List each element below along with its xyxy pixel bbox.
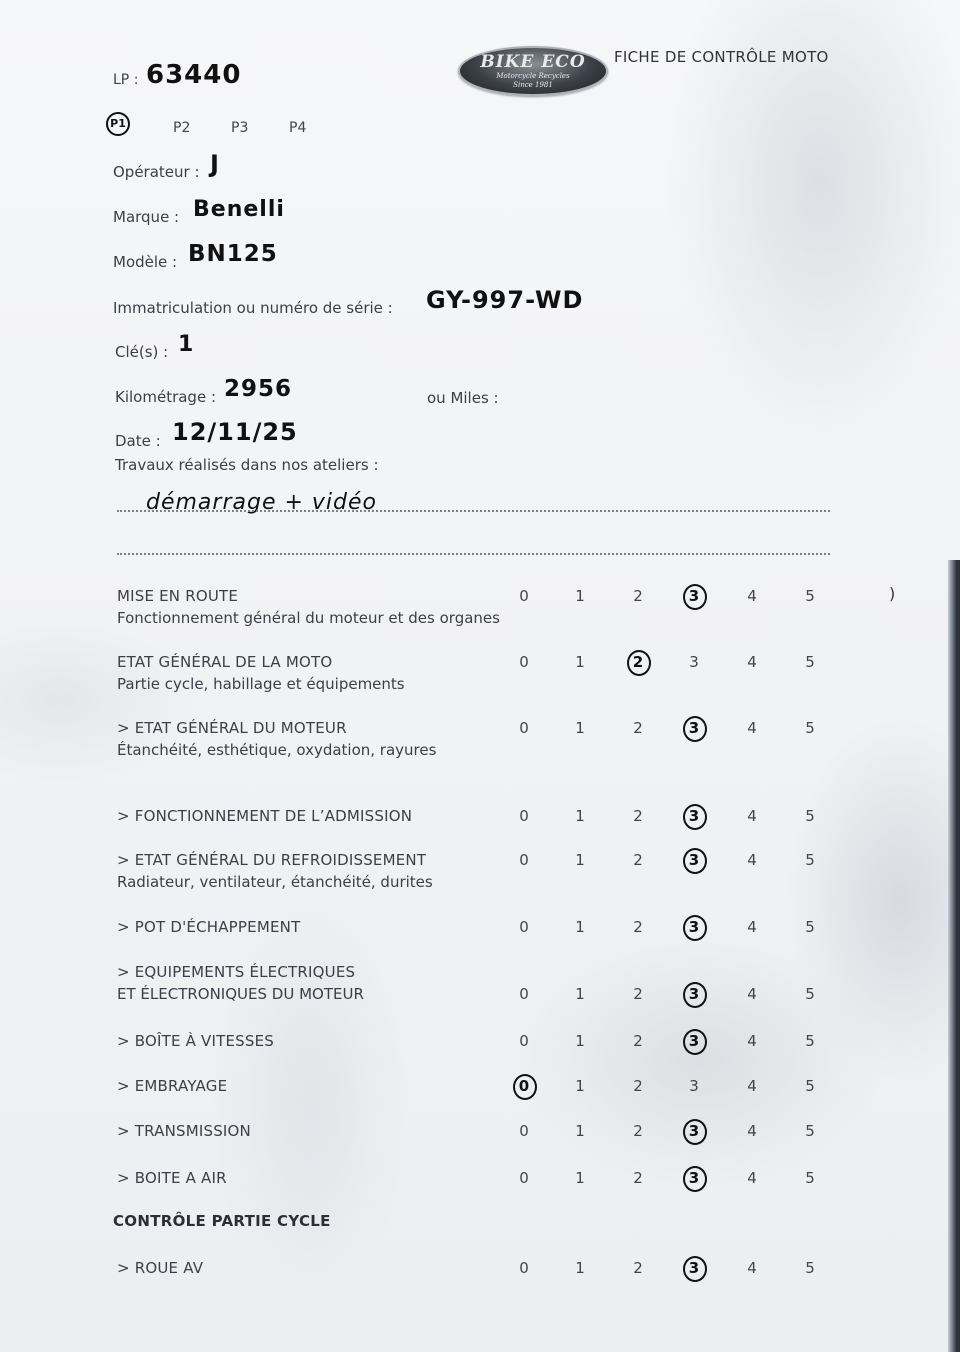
check-subtitle: Étanchéité, esthétique, oxydation, rayur… [117, 741, 436, 759]
score-option-5[interactable]: 5 [800, 1077, 820, 1095]
score-option-4[interactable]: 4 [742, 918, 762, 936]
logo-since: Since 1981 [460, 81, 606, 90]
check-title: > POT D'ÉCHAPPEMENT [117, 918, 300, 936]
check-title: > EQUIPEMENTS ÉLECTRIQUES [117, 963, 355, 981]
score-option-3[interactable]: 3 [684, 1077, 704, 1095]
date-label: Date : [115, 432, 161, 450]
score-option-1[interactable]: 1 [570, 851, 590, 869]
score-option-3-selected[interactable]: 3 [684, 1122, 704, 1140]
immatriculation-label: Immatriculation ou numéro de série : [113, 299, 393, 317]
marque-label: Marque : [113, 208, 179, 226]
score-option-0[interactable]: 0 [514, 1032, 534, 1050]
score-option-4[interactable]: 4 [742, 1169, 762, 1187]
check-title-line-2: ET ÉLECTRONIQUES DU MOTEUR [117, 985, 364, 1003]
check-title: > ETAT GÉNÉRAL DU MOTEUR [117, 719, 347, 737]
modele-value[interactable]: BN125 [188, 241, 278, 267]
travaux-line-1 [117, 510, 830, 512]
score-option-4[interactable]: 4 [742, 587, 762, 605]
score-option-3-selected[interactable]: 3 [684, 1169, 704, 1187]
score-option-2[interactable]: 2 [628, 1169, 648, 1187]
score-option-2[interactable]: 2 [628, 1122, 648, 1140]
lp-label: LP : [113, 72, 138, 88]
miles-label: ou Miles : [427, 389, 499, 407]
score-option-1[interactable]: 1 [570, 653, 590, 671]
score-option-0[interactable]: 0 [514, 1169, 534, 1187]
immatriculation-value[interactable]: GY-997-WD [426, 286, 583, 314]
score-option-5[interactable]: 5 [800, 587, 820, 605]
margin-mark: ) [889, 584, 895, 603]
cles-value[interactable]: 1 [178, 332, 194, 357]
date-value[interactable]: 12/11/25 [172, 418, 298, 446]
score-option-0[interactable]: 0 [514, 1259, 534, 1277]
score-option-3-selected[interactable]: 3 [684, 1032, 704, 1050]
score-option-1[interactable]: 1 [570, 587, 590, 605]
score-option-3-selected[interactable]: 3 [684, 918, 704, 936]
score-option-5[interactable]: 5 [800, 985, 820, 1003]
score-option-0[interactable]: 0 [514, 1122, 534, 1140]
score-option-0-selected[interactable]: 0 [514, 1077, 534, 1095]
cles-label: Clé(s) : [115, 343, 168, 361]
score-option-1[interactable]: 1 [570, 918, 590, 936]
score-option-4[interactable]: 4 [742, 851, 762, 869]
check-title: ETAT GÉNÉRAL DE LA MOTO [117, 653, 332, 671]
score-option-1[interactable]: 1 [570, 1169, 590, 1187]
score-option-5[interactable]: 5 [800, 1259, 820, 1277]
score-option-3-selected[interactable]: 3 [684, 985, 704, 1003]
score-option-3-selected[interactable]: 3 [684, 587, 704, 605]
score-option-4[interactable]: 4 [742, 807, 762, 825]
score-option-1[interactable]: 1 [570, 807, 590, 825]
score-option-2[interactable]: 2 [628, 1032, 648, 1050]
page-option-p1-selected[interactable]: P1 [106, 112, 130, 136]
score-option-3-selected[interactable]: 3 [684, 807, 704, 825]
check-title: > TRANSMISSION [117, 1122, 251, 1140]
logo-brand: BIKE ECO [460, 52, 606, 72]
check-subtitle: Fonctionnement général du moteur et des … [117, 609, 500, 627]
score-option-4[interactable]: 4 [742, 1077, 762, 1095]
score-option-2[interactable]: 2 [628, 1259, 648, 1277]
check-title: > BOÎTE À VITESSES [117, 1032, 274, 1050]
score-option-1[interactable]: 1 [570, 719, 590, 737]
operateur-value[interactable]: J [210, 150, 220, 178]
page-option-p2[interactable]: P2 [173, 120, 190, 136]
score-option-3-selected[interactable]: 3 [684, 851, 704, 869]
score-option-4[interactable]: 4 [742, 1259, 762, 1277]
score-option-0[interactable]: 0 [514, 918, 534, 936]
score-option-5[interactable]: 5 [800, 719, 820, 737]
score-option-0[interactable]: 0 [514, 719, 534, 737]
score-option-2[interactable]: 2 [628, 807, 648, 825]
control-sheet: LP : 63440 BIKE ECO Motorcycle Recycles … [0, 0, 960, 1352]
operateur-label: Opérateur : [113, 163, 200, 181]
check-title: > ETAT GÉNÉRAL DU REFROIDISSEMENT [117, 851, 426, 869]
score-option-0[interactable]: 0 [514, 851, 534, 869]
score-option-0[interactable]: 0 [514, 985, 534, 1003]
page-option-p3[interactable]: P3 [231, 120, 248, 136]
travaux-label: Travaux réalisés dans nos ateliers : [115, 456, 379, 474]
check-title: > ROUE AV [117, 1259, 203, 1277]
score-option-4[interactable]: 4 [742, 653, 762, 671]
score-option-1[interactable]: 1 [570, 1077, 590, 1095]
score-option-2-selected[interactable]: 2 [628, 653, 648, 671]
check-subtitle: Radiateur, ventilateur, étanchéité, duri… [117, 873, 433, 891]
score-option-1[interactable]: 1 [570, 1259, 590, 1277]
check-title: MISE EN ROUTE [117, 587, 238, 605]
lp-value: 63440 [146, 60, 241, 90]
score-option-5[interactable]: 5 [800, 653, 820, 671]
score-option-5[interactable]: 5 [800, 851, 820, 869]
score-option-4[interactable]: 4 [742, 985, 762, 1003]
score-option-2[interactable]: 2 [628, 1077, 648, 1095]
score-option-3[interactable]: 3 [684, 653, 704, 671]
score-option-0[interactable]: 0 [514, 807, 534, 825]
score-option-0[interactable]: 0 [514, 653, 534, 671]
modele-label: Modèle : [113, 253, 177, 271]
logo-tagline: Motorcycle Recycles [460, 72, 606, 81]
page-title: FICHE DE CONTRÔLE MOTO [614, 48, 829, 66]
kilometrage-label: Kilométrage : [115, 388, 216, 406]
score-option-5[interactable]: 5 [800, 1122, 820, 1140]
check-title: > BOITE A AIR [117, 1169, 227, 1187]
score-option-4[interactable]: 4 [742, 1122, 762, 1140]
check-title: > FONCTIONNEMENT DE L’ADMISSION [117, 807, 412, 825]
score-option-1[interactable]: 1 [570, 1122, 590, 1140]
travaux-line-2 [117, 553, 830, 555]
score-option-2[interactable]: 2 [628, 918, 648, 936]
score-option-5[interactable]: 5 [800, 1169, 820, 1187]
check-title: > EMBRAYAGE [117, 1077, 227, 1095]
score-option-3-selected[interactable]: 3 [684, 1259, 704, 1277]
score-option-1[interactable]: 1 [570, 1032, 590, 1050]
score-option-2[interactable]: 2 [628, 851, 648, 869]
marque-value[interactable]: Benelli [193, 197, 285, 222]
score-option-2[interactable]: 2 [628, 719, 648, 737]
score-option-2[interactable]: 2 [628, 985, 648, 1003]
score-option-2[interactable]: 2 [628, 587, 648, 605]
score-option-1[interactable]: 1 [570, 985, 590, 1003]
bike-eco-logo: BIKE ECO Motorcycle Recycles Since 1981 [458, 46, 608, 96]
kilometrage-value[interactable]: 2956 [224, 376, 292, 402]
check-subtitle: Partie cycle, habillage et équipements [117, 675, 405, 693]
score-option-4[interactable]: 4 [742, 1032, 762, 1050]
score-option-5[interactable]: 5 [800, 1032, 820, 1050]
score-option-5[interactable]: 5 [800, 918, 820, 936]
score-option-4[interactable]: 4 [742, 719, 762, 737]
score-option-5[interactable]: 5 [800, 807, 820, 825]
score-option-3-selected[interactable]: 3 [684, 719, 704, 737]
page-edge [948, 560, 960, 1352]
section-heading-partie-cycle: CONTRÔLE PARTIE CYCLE [113, 1212, 331, 1230]
score-option-0[interactable]: 0 [514, 587, 534, 605]
page-option-p4[interactable]: P4 [289, 120, 306, 136]
